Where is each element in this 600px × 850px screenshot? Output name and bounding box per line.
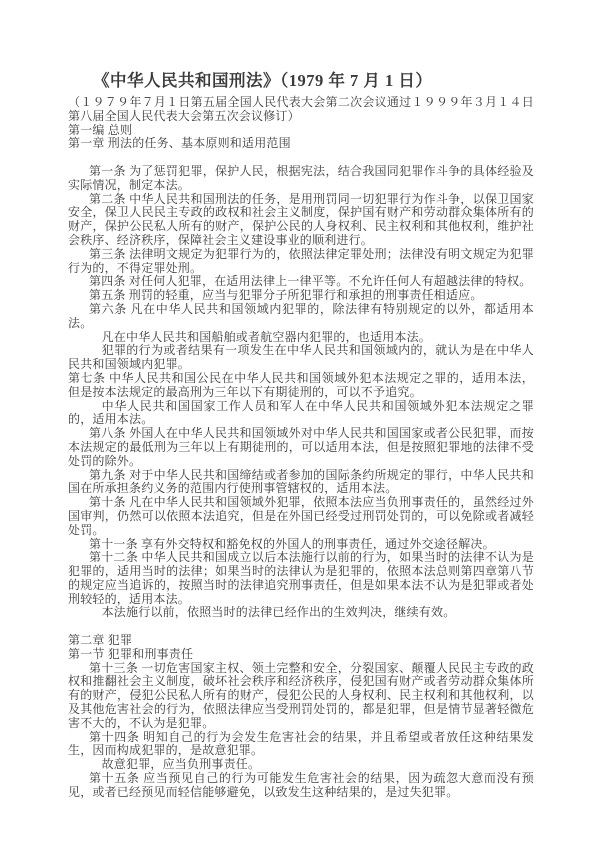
document-sections: 第一编 总则第一章 刑法的任务、基本原则和适用范围第一条 为了惩罚犯罪，保护人民… bbox=[68, 124, 534, 800]
document-content: 《中华人民共和国刑法》（1979 年 7 月 1 日） （１９７９年７月１日第五… bbox=[68, 70, 534, 800]
document-title: 《中华人民共和国刑法》（1979 年 7 月 1 日） bbox=[68, 70, 534, 91]
paragraph: 犯罪的行为或者结果有一项发生在中华人民共和国领域内的，就认为是在中华人民共和国领… bbox=[68, 344, 534, 372]
paragraph: 本法施行以前，依照当时的法律已经作出的生效判决，继续有效。 bbox=[68, 606, 534, 620]
section-heading: 第二章 犯罪 bbox=[68, 634, 534, 648]
paragraph: 第五条 刑罚的轻重，应当与犯罪分子所犯罪行和承担的刑事责任相适应。 bbox=[68, 289, 534, 303]
paragraph: 第二条 中华人民共和国刑法的任务，是用刑罚同一切犯罪行为作斗争，以保卫国家安全，… bbox=[68, 193, 534, 248]
paragraph: 中华人民共和国国家工作人员和军人在中华人民共和国领域外犯本法规定之罪的，适用本法… bbox=[68, 400, 534, 428]
document-subtitle: （１９７９年７月１日第五届全国人民代表大会第二次会议通过１９９９年３月１４日第八… bbox=[68, 96, 534, 124]
paragraph: 第十四条 明知自己的行为会发生危害社会的结果，并且希望或者放任这种结果发生，因而… bbox=[68, 731, 534, 759]
section-heading: 第一章 刑法的任务、基本原则和适用范围 bbox=[68, 137, 534, 151]
paragraph-spacer bbox=[68, 151, 534, 165]
paragraph: 第十条 凡在中华人民共和国领域外犯罪，依照本法应当负刑事责任的，虽然经过外国审判… bbox=[68, 496, 534, 537]
paragraph: 第九条 对于中华人民共和国缔结或者参加的国际条约所规定的罪行，中华人民共和国在所… bbox=[68, 469, 534, 497]
paragraph: 第一条 为了惩罚犯罪，保护人民，根据宪法，结合我国同犯罪作斗争的具体经验及实际情… bbox=[68, 165, 534, 193]
document-page: 《中华人民共和国刑法》（1979 年 7 月 1 日） （１９７９年７月１日第五… bbox=[0, 0, 600, 850]
paragraph: 第三条 法律明文规定为犯罪行为的，依照法律定罪处刑；法律没有明文规定为犯罪行为的… bbox=[68, 248, 534, 276]
paragraph: 第七条 中华人民共和国公民在中华人民共和国领域外犯本法规定之罪的，适用本法，但是… bbox=[68, 372, 534, 400]
paragraph: 第六条 凡在中华人民共和国领域内犯罪的，除法律有特别规定的以外，都适用本法。 bbox=[68, 303, 534, 331]
paragraph: 第八条 外国人在中华人民共和国领域外对中华人民共和国国家或者公民犯罪，而按本法规… bbox=[68, 427, 534, 468]
paragraph: 第十三条 一切危害国家主权、领土完整和安全，分裂国家、颠覆人民民主专政的政权和推… bbox=[68, 662, 534, 731]
paragraph: 第十五条 应当预见自己的行为可能发生危害社会的结果，因为疏忽大意而没有预见，或者… bbox=[68, 772, 534, 800]
paragraph: 故意犯罪，应当负刑事责任。 bbox=[68, 758, 534, 772]
paragraph: 第十二条 中华人民共和国成立以后本法施行以前的行为，如果当时的法律不认为是犯罪的… bbox=[68, 551, 534, 606]
section-heading: 第一节 犯罪和刑事责任 bbox=[68, 648, 534, 662]
paragraph-spacer bbox=[68, 620, 534, 634]
